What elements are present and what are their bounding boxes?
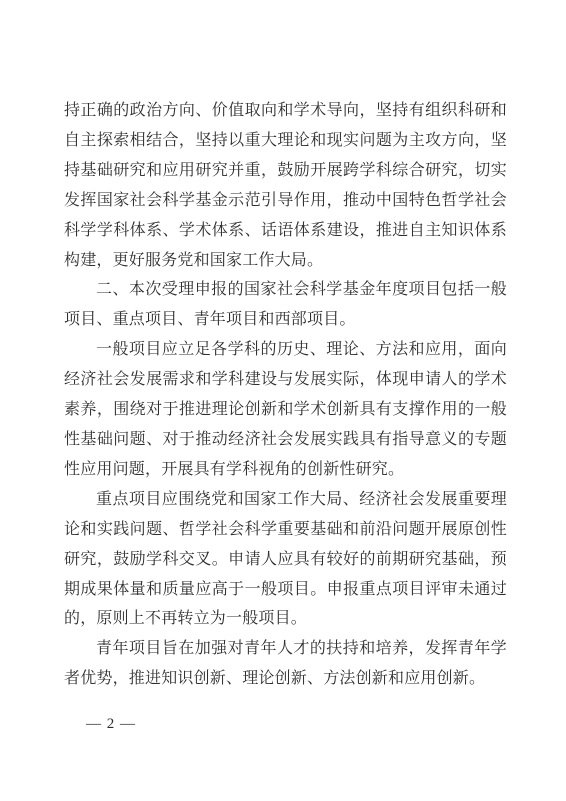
document-page: 持正确的政治方向、价值取向和学术导向，坚持有组织科研和自主探索相结合，坚持以重大…	[0, 0, 566, 801]
paragraph-continuation: 持正确的政治方向、价值取向和学术导向，坚持有组织科研和自主探索相结合，坚持以重大…	[64, 96, 507, 275]
paragraph-key-projects: 重点项目应围绕党和国家工作大局、经济社会发展重要理论和实践问题、哲学社会科学重要…	[64, 485, 507, 635]
body-text: 持正确的政治方向、价值取向和学术导向，坚持有组织科研和自主探索相结合，坚持以重大…	[64, 96, 507, 694]
paragraph-youth-projects: 青年项目旨在加强对青年人才的扶持和培养，发挥青年学者优势，推进知识创新、理论创新…	[64, 634, 507, 694]
page-number: — 2 —	[86, 716, 136, 733]
paragraph-section-2: 二、本次受理申报的国家社会科学基金年度项目包括一般项目、重点项目、青年项目和西部…	[64, 275, 507, 335]
paragraph-general-projects: 一般项目应立足各学科的历史、理论、方法和应用，面向经济社会发展需求和学科建设与发…	[64, 335, 507, 485]
